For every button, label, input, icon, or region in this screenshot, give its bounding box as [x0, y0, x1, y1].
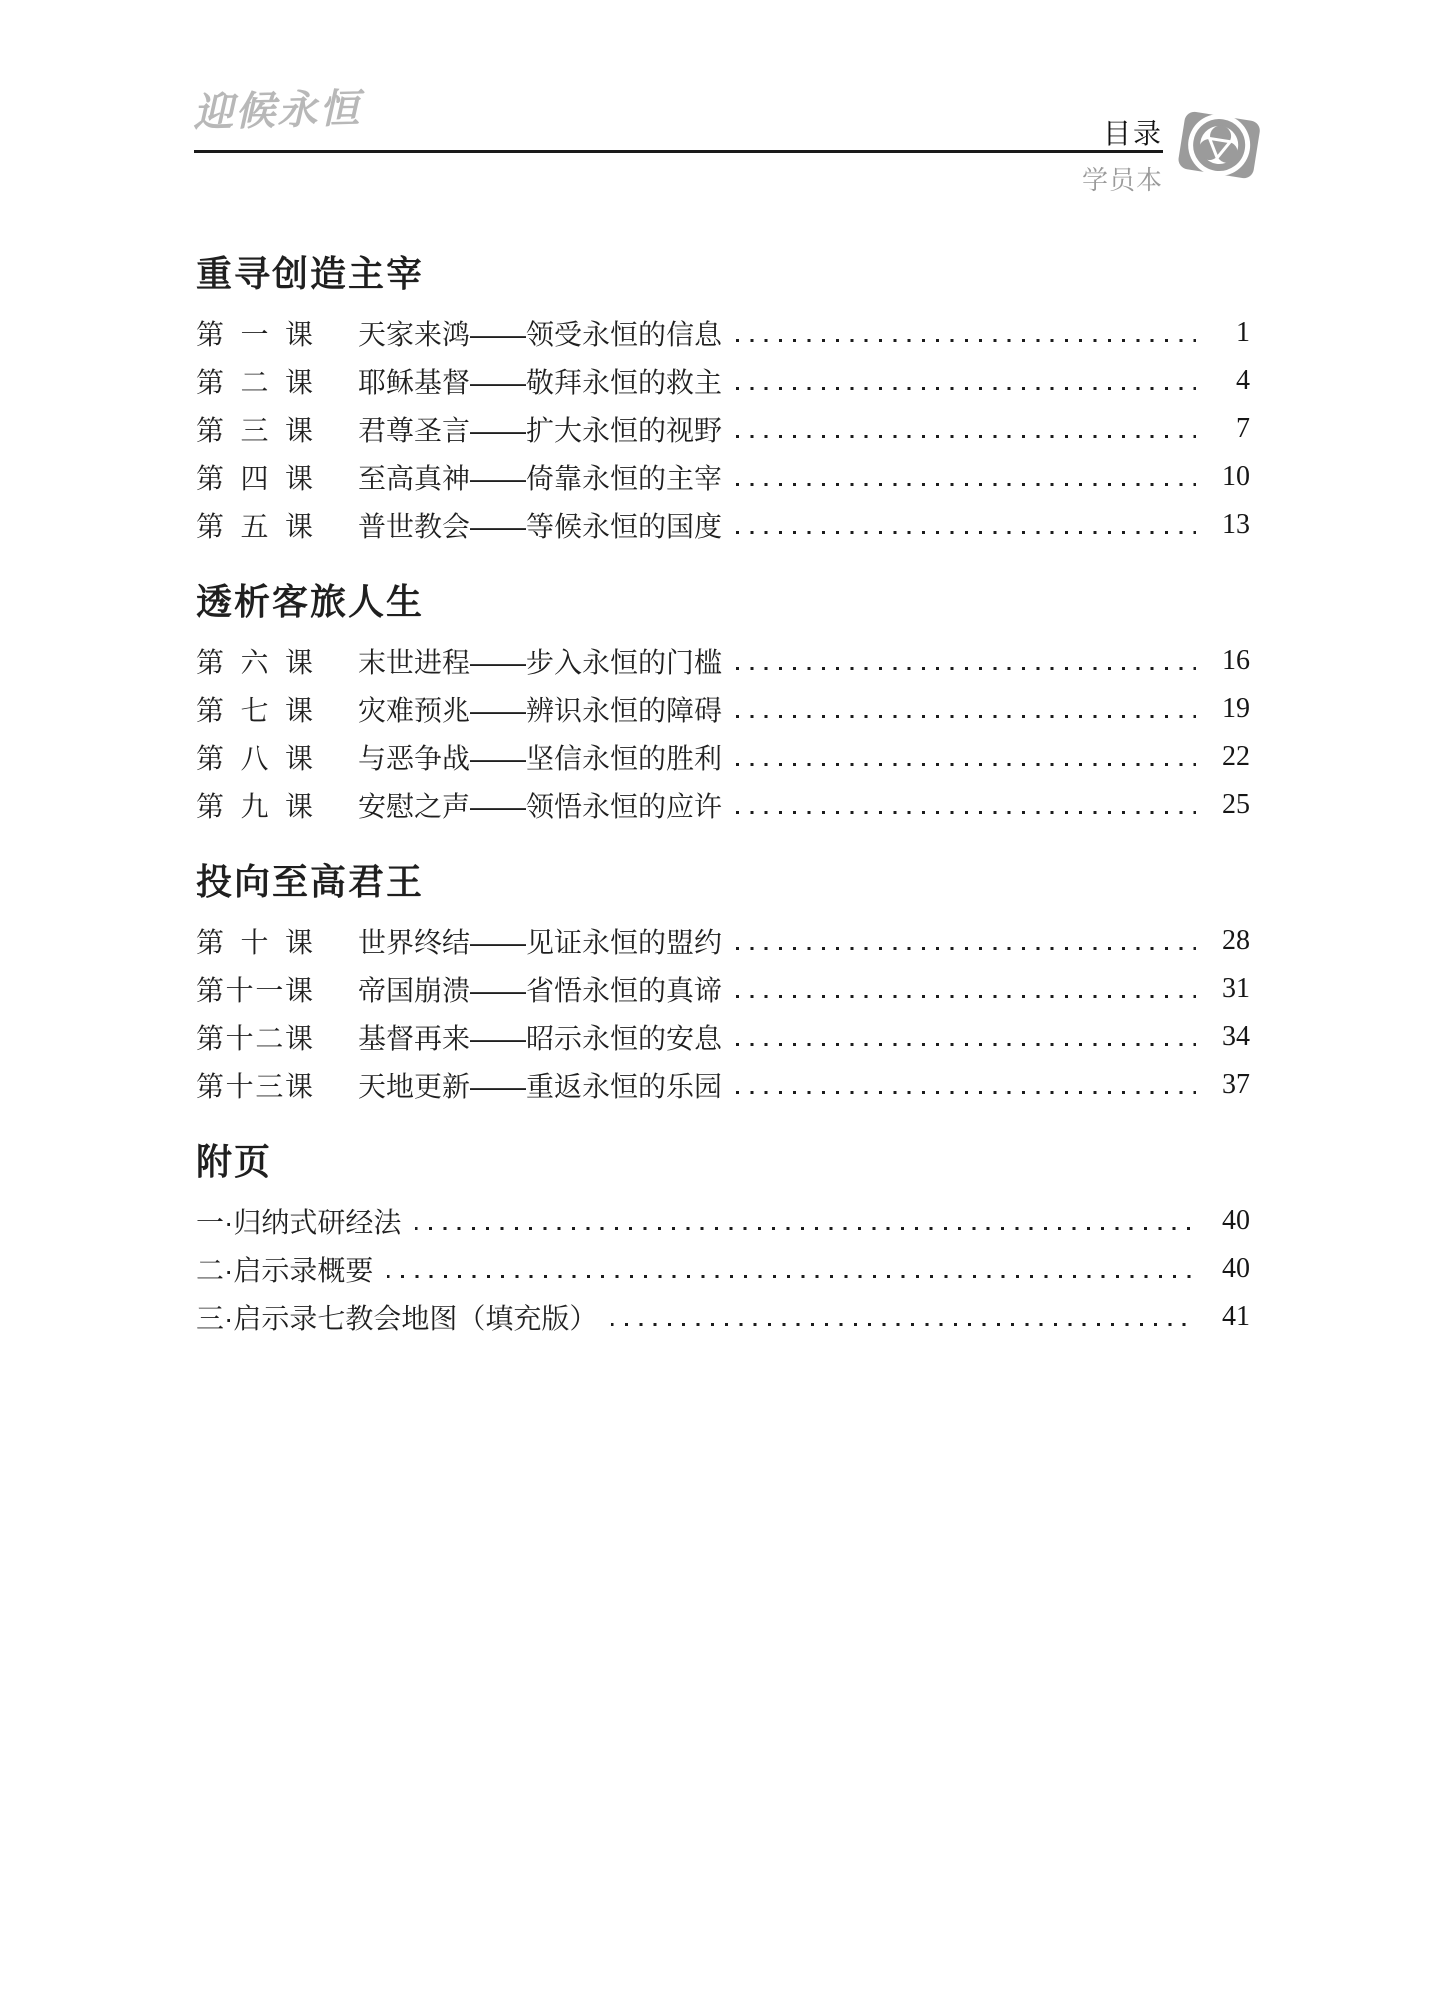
entry-page: 34 [1208, 1021, 1250, 1053]
toc-entry: 第 八 课 与恶争战——坚信永恒的胜利 22 [196, 733, 1250, 781]
dot-leader [736, 1091, 1196, 1094]
entry-label: 第 九 课 [196, 785, 313, 825]
entry-label: 第十三课 [196, 1065, 313, 1105]
entry-title: 君尊圣言——扩大永恒的视野 [358, 409, 722, 449]
toc-section: 透析客旅人生 第 六 课 末世进程——步入永恒的门槛 16 第 七 课 灾难预兆… [196, 582, 1250, 829]
entry-title: 天家来鸿——领受永恒的信息 [358, 313, 722, 353]
toc-entry: 第 九 课 安慰之声——领悟永恒的应许 25 [196, 781, 1250, 829]
entry-page: 19 [1208, 693, 1250, 725]
entry-label: 第 三 课 [196, 409, 313, 449]
toc-list: 重寻创造主宰 第 一 课 天家来鸿——领受永恒的信息 1 第 二 课 耶稣基督—… [196, 254, 1250, 1341]
toc-entry: 第 十 课 世界终结——见证永恒的盟约 28 [196, 917, 1250, 965]
section-title: 投向至高君王 [196, 862, 1250, 902]
dot-leader [736, 947, 1196, 950]
section-title: 附页 [196, 1142, 1250, 1182]
entry-title: 灾难预兆——辨识永恒的障碍 [358, 689, 722, 729]
entry-label: 第 一 课 [196, 313, 313, 353]
trefoil-triangle-badge-icon [1174, 96, 1264, 196]
toc-section: 附页 一·归纳式研经法 40 二·启示录概要 40 三·启示录七教会地图（填充版… [196, 1142, 1250, 1341]
toc-entry: 三·启示录七教会地图（填充版） 41 [196, 1293, 1250, 1341]
dot-leader [736, 1043, 1196, 1046]
dot-leader [736, 811, 1196, 814]
entry-label: 第 八 课 [196, 737, 313, 777]
entry-page: 13 [1208, 509, 1250, 541]
edition-label: 学员本 [1013, 160, 1163, 197]
dot-leader [611, 1323, 1196, 1326]
toc-page: 迎候永恒 目录 学员本 重寻创造主宰 第 一 课 天家来鸿——领受永恒的信息 1… [0, 0, 1445, 1995]
entry-title: 安慰之声——领悟永恒的应许 [358, 785, 722, 825]
dot-leader [736, 339, 1196, 342]
entry-label: 第 七 课 [196, 689, 313, 729]
entry-label: 第 二 课 [196, 361, 313, 401]
toc-entry: 第 二 课 耶稣基督——敬拜永恒的救主 4 [196, 357, 1250, 405]
section-title: 重寻创造主宰 [196, 254, 1250, 294]
entry-label: 第 十 课 [196, 921, 313, 961]
entry-title: 天地更新——重返永恒的乐园 [358, 1065, 722, 1105]
section-entries: 第 一 课 天家来鸿——领受永恒的信息 1 第 二 课 耶稣基督——敬拜永恒的救… [196, 309, 1250, 549]
entry-page: 16 [1208, 645, 1250, 677]
entry-page: 1 [1208, 317, 1250, 349]
section-entries: 一·归纳式研经法 40 二·启示录概要 40 三·启示录七教会地图（填充版） 4… [196, 1197, 1250, 1341]
entry-title: 三·启示录七教会地图（填充版） [196, 1297, 597, 1337]
toc-entry: 二·启示录概要 40 [196, 1245, 1250, 1293]
toc-entry: 第 四 课 至高真神——倚靠永恒的主宰 10 [196, 453, 1250, 501]
entry-title: 世界终结——见证永恒的盟约 [358, 921, 722, 961]
dot-leader [736, 667, 1196, 670]
entry-label: 第 四 课 [196, 457, 313, 497]
dot-leader [415, 1227, 1196, 1230]
toc-entry: 第十二课 基督再来——昭示永恒的安息 34 [196, 1013, 1250, 1061]
toc-section: 重寻创造主宰 第 一 课 天家来鸿——领受永恒的信息 1 第 二 课 耶稣基督—… [196, 254, 1250, 549]
toc-corner-title: 目录 [1013, 112, 1163, 152]
entry-title: 二·启示录概要 [196, 1249, 373, 1289]
toc-entry: 第 七 课 灾难预兆——辨识永恒的障碍 19 [196, 685, 1250, 733]
entry-title: 末世进程——步入永恒的门槛 [358, 641, 722, 681]
entry-page: 4 [1208, 365, 1250, 397]
entry-page: 37 [1208, 1069, 1250, 1101]
dot-leader [736, 483, 1196, 486]
brand-logo: 迎候永恒 [192, 71, 593, 138]
entry-page: 31 [1208, 973, 1250, 1005]
entry-page: 7 [1208, 413, 1250, 445]
entry-page: 28 [1208, 925, 1250, 957]
entry-title: 普世教会——等候永恒的国度 [358, 505, 722, 545]
entry-title: 与恶争战——坚信永恒的胜利 [358, 737, 722, 777]
entry-label: 第 五 课 [196, 505, 313, 545]
toc-entry: 第 五 课 普世教会——等候永恒的国度 13 [196, 501, 1250, 549]
entry-page: 40 [1208, 1205, 1250, 1237]
toc-entry: 一·归纳式研经法 40 [196, 1197, 1250, 1245]
toc-entry: 第十三课 天地更新——重返永恒的乐园 37 [196, 1061, 1250, 1109]
entry-title: 帝国崩溃——省悟永恒的真谛 [358, 969, 722, 1009]
entry-title: 至高真神——倚靠永恒的主宰 [358, 457, 722, 497]
dot-leader [736, 715, 1196, 718]
entry-page: 22 [1208, 741, 1250, 773]
section-entries: 第 十 课 世界终结——见证永恒的盟约 28 第十一课 帝国崩溃——省悟永恒的真… [196, 917, 1250, 1109]
dot-leader [736, 387, 1196, 390]
entry-label: 第 六 课 [196, 641, 313, 681]
dot-leader [736, 995, 1196, 998]
dot-leader [736, 531, 1196, 534]
entry-title: 耶稣基督——敬拜永恒的救主 [358, 361, 722, 401]
toc-section: 投向至高君王 第 十 课 世界终结——见证永恒的盟约 28 第十一课 帝国崩溃—… [196, 862, 1250, 1109]
toc-entry: 第十一课 帝国崩溃——省悟永恒的真谛 31 [196, 965, 1250, 1013]
toc-entry: 第 六 课 末世进程——步入永恒的门槛 16 [196, 637, 1250, 685]
dot-leader [736, 435, 1196, 438]
dot-leader [387, 1275, 1196, 1278]
entry-page: 10 [1208, 461, 1250, 493]
entry-title: 一·归纳式研经法 [196, 1201, 401, 1241]
section-entries: 第 六 课 末世进程——步入永恒的门槛 16 第 七 课 灾难预兆——辨识永恒的… [196, 637, 1250, 829]
entry-page: 25 [1208, 789, 1250, 821]
dot-leader [736, 763, 1196, 766]
entry-label: 第十二课 [196, 1017, 313, 1057]
section-title: 透析客旅人生 [196, 582, 1250, 622]
entry-label: 第十一课 [196, 969, 313, 1009]
toc-entry: 第 三 课 君尊圣言——扩大永恒的视野 7 [196, 405, 1250, 453]
entry-page: 41 [1208, 1301, 1250, 1333]
entry-title: 基督再来——昭示永恒的安息 [358, 1017, 722, 1057]
toc-entry: 第 一 课 天家来鸿——领受永恒的信息 1 [196, 309, 1250, 357]
entry-page: 40 [1208, 1253, 1250, 1285]
